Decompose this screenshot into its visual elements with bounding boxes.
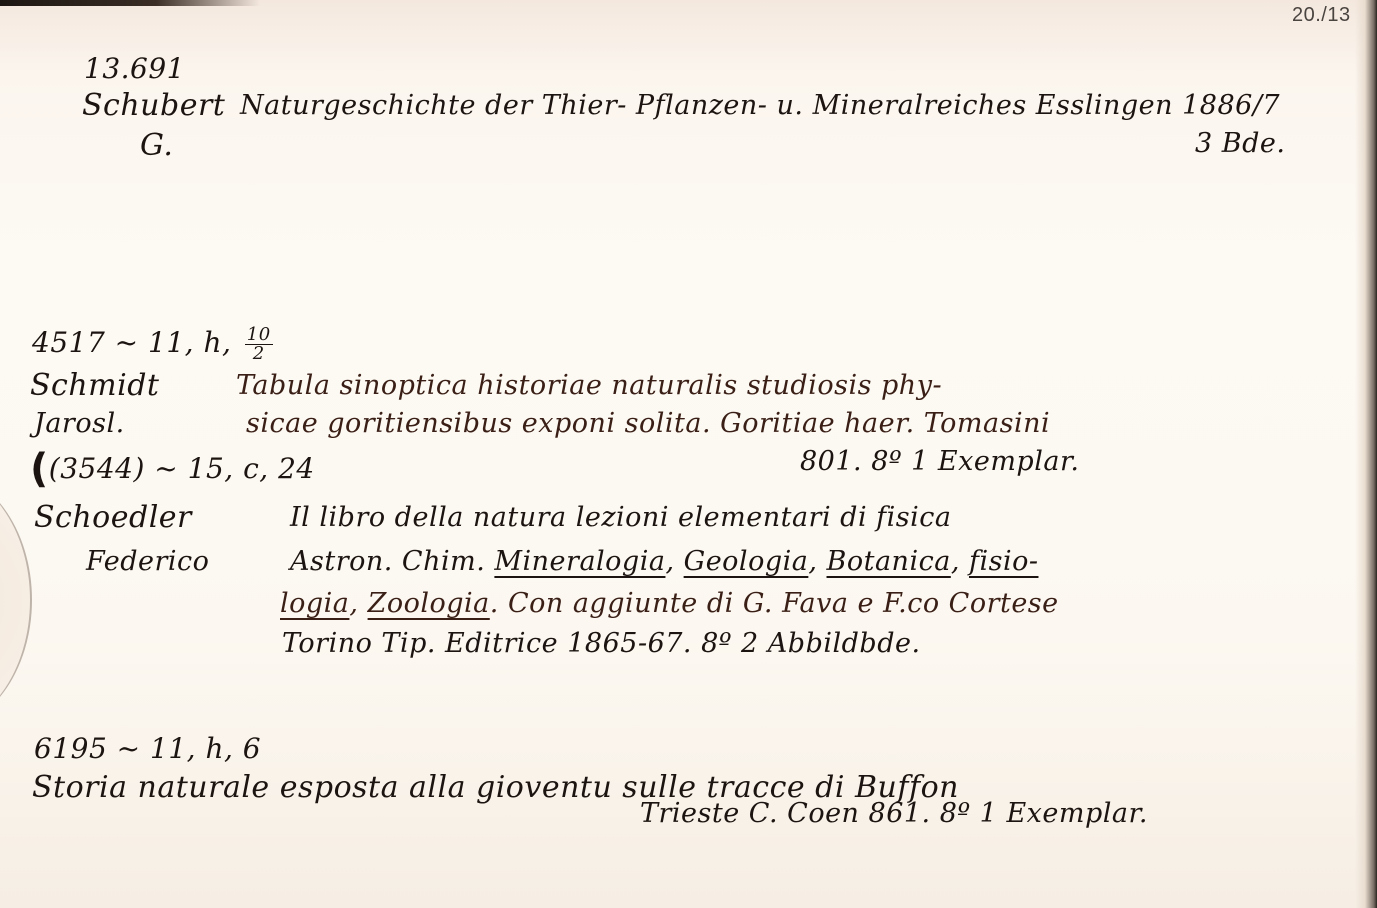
entry1-author: Schubert	[82, 88, 225, 123]
entry2-title-line1: Tabula sinoptica historiae naturalis stu…	[236, 370, 942, 401]
entry2-title-line3: 801. 8º 1 Exemplar.	[800, 446, 1079, 477]
entry3-title-line1: Il libro della natura lezioni elementari…	[290, 502, 952, 533]
card-left-curve	[0, 470, 32, 730]
entry4-call-number: 6195 ~ 11, h, 6	[34, 732, 261, 765]
entry1-volumes: 3 Bde.	[1195, 128, 1285, 159]
entry2-author: Schmidt	[30, 368, 159, 403]
entry3-title-line3: logia, Zoologia. Con aggiunte di G. Fava…	[280, 588, 1059, 619]
entry2-secondary-location: ~ 15, c, 24	[154, 452, 314, 485]
entry1-title-line1: Naturgeschichte der Thier- Pflanzen- u. …	[240, 90, 1280, 121]
entry3-author-given: Federico	[86, 546, 209, 577]
catalog-card: 20./13 13.691 Schubert Naturgeschichte d…	[0, 0, 1377, 908]
card-right-edge	[1355, 0, 1377, 908]
entry3-title-line4: Torino Tip. Editrice 1865-67. 8º 2 Abbil…	[282, 628, 921, 659]
entry2-call-fraction: 10 2	[245, 326, 273, 363]
entry2-secondary-call: ((3544) ~ 15, c, 24	[30, 446, 315, 492]
entry1-author-given: G.	[140, 128, 173, 163]
entry2-title-line2: sicae goritiensibus exponi solita. Gorit…	[246, 408, 1050, 439]
entry2-secondary-number: (3544)	[49, 452, 145, 485]
pencil-card-number: 20./13	[1292, 4, 1351, 27]
entry4-title-line2: Trieste C. Coen 861. 8º 1 Exemplar.	[640, 798, 1148, 829]
entry3-title-line2: Astron. Chim. Mineralogia, Geologia, Bot…	[290, 546, 1038, 577]
entry3-author: Schoedler	[34, 500, 192, 535]
entry2-author-given: Jarosl.	[34, 408, 125, 439]
entry2-call-number: 4517 ~ 11, h, 10 2	[32, 326, 273, 363]
card-top-shadow	[0, 0, 260, 6]
entry1-call-number: 13.691	[84, 52, 185, 85]
